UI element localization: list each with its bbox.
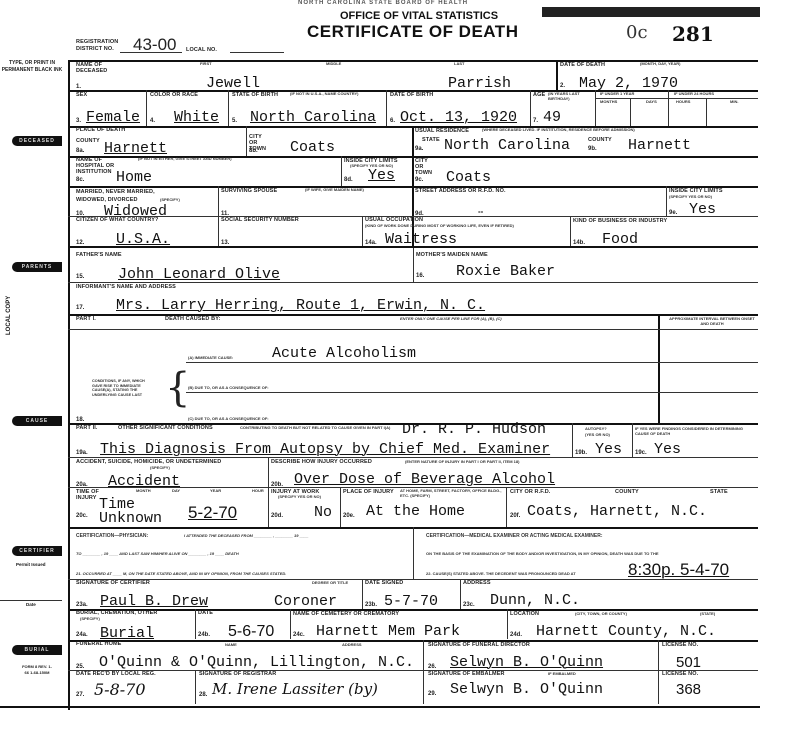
- divider: [507, 609, 508, 639]
- burial-method-note: (SPECIFY): [80, 617, 100, 622]
- certificate-prefix: 0c: [626, 22, 648, 43]
- citizen-label: CITIZEN OF WHAT COUNTRY?: [76, 217, 158, 223]
- at-work-value: No: [314, 505, 332, 521]
- funeral-home-label: FUNERAL HOME: [76, 641, 121, 647]
- hospital-note: (IF NOT IN EITHER, GIVE STREET AND NUMBE…: [138, 157, 232, 162]
- me-line1: ON THE BASIS OF THE EXAMINATION OF THE B…: [426, 552, 659, 557]
- item-16: 16.: [416, 273, 424, 279]
- divider: [556, 60, 558, 90]
- item-20f: 20f.: [510, 513, 520, 519]
- county-label: COUNTY: [76, 138, 100, 144]
- side-date-label: Date: [26, 602, 36, 607]
- embalmer-value: Selwyn B. O'Quinn: [450, 682, 603, 698]
- item-28: 28.: [199, 692, 207, 698]
- row-line: [596, 98, 758, 99]
- divider: [658, 640, 659, 704]
- registration-label: REGISTRATION: [76, 39, 118, 45]
- tab-cause: CAUSE: [12, 416, 62, 426]
- form-bottom-border: [0, 706, 760, 708]
- other-conditions-line2: This Diagnosis From Autopsy by Chief Med…: [100, 442, 550, 458]
- agency-line: NORTH CAROLINA STATE BOARD OF HEALTH: [298, 0, 468, 6]
- occupation-note: (KIND OF WORK DONE DURING MOST OF WORKIN…: [365, 224, 565, 229]
- age-label: AGE: [533, 92, 545, 98]
- marital-note: (SPECIFY): [160, 198, 180, 203]
- place-note: AT HOME, FARM, STREET, FACTORY, OFFICE B…: [400, 489, 504, 498]
- middle-label: MIDDLE: [326, 62, 341, 67]
- burial-location-note: (CITY, TOWN, OR COUNTY): [575, 612, 627, 617]
- director-license-label: LICENSE NO.: [662, 642, 698, 648]
- place-of-injury-label: PLACE OF INJURY: [343, 489, 394, 495]
- divider: [268, 457, 269, 527]
- other-note: CONTRIBUTING TO DEATH BUT NOT RELATED TO…: [240, 426, 390, 431]
- street-value: --: [478, 207, 483, 216]
- physician-line3: 21. OCCURRED AT ____ M, ON THE DATE STAT…: [76, 572, 286, 577]
- divider: [362, 579, 363, 609]
- divider: [595, 90, 596, 126]
- min-label: MIN.: [730, 100, 738, 105]
- embalmer-note: IF EMBALMED: [548, 672, 576, 677]
- other-conditions-line1: Dr. R. P. Hudson: [402, 422, 546, 438]
- sex-label: SEX: [76, 92, 87, 98]
- divider: [572, 423, 573, 457]
- item-6: 6.: [390, 118, 395, 124]
- district-label: DISTRICT NO.: [76, 46, 114, 52]
- item-24a: 24a.: [76, 632, 88, 638]
- page-title: CERTIFICATE OF DEATH: [307, 22, 518, 42]
- county-value: Harnett: [104, 141, 167, 157]
- age-note: (IN YEARS LAST BIRTHDAY): [548, 92, 592, 101]
- divider: [570, 216, 571, 246]
- tab-certifier: CERTIFIER: [12, 546, 62, 556]
- item-24b: 24b.: [198, 632, 210, 638]
- item-5: 5.: [232, 118, 237, 124]
- burial-date-value: 5-6-70: [228, 624, 274, 640]
- sex-value: Female: [86, 110, 140, 126]
- item-27: 27.: [76, 692, 84, 698]
- bracket-icon: {: [165, 368, 190, 408]
- burial-date-label: DATE: [198, 610, 213, 616]
- me-line2: 22. CAUSE(S) STATED ABOVE. THE DECEDENT …: [426, 572, 576, 577]
- time-value: Time Unknown: [99, 498, 169, 526]
- item-15: 15.: [76, 274, 84, 280]
- findings-value: Yes: [654, 442, 681, 458]
- dob-label: DATE OF BIRTH: [390, 92, 433, 98]
- burial-location-state: (STATE): [700, 612, 715, 617]
- autopsy-value: Yes: [595, 442, 622, 458]
- date-recd-label: DATE REC'D BY LOCAL REG.: [76, 671, 156, 677]
- item-9c: 9c.: [415, 177, 423, 183]
- race-label: COLOR OR RACE: [150, 92, 198, 98]
- residence-note: (WHERE DECEASED LIVED. IF INSTITUTION, R…: [482, 128, 635, 133]
- item-8c: 8c.: [76, 177, 84, 183]
- place-value: At the Home: [366, 504, 465, 520]
- divider: [666, 186, 667, 216]
- item-8d: 8d.: [344, 177, 353, 183]
- cemetery-label: NAME OF CEMETERY OR CREMATORY: [293, 611, 399, 617]
- divider: [246, 126, 247, 156]
- due-to-c-label: (c) DUE TO, OR AS A CONSEQUENCE OF:: [188, 417, 269, 422]
- item-8a: 8a.: [76, 148, 84, 154]
- dob-value: Oct. 13, 1920: [400, 110, 517, 126]
- row-line: [186, 362, 758, 363]
- local-no-label: LOCAL NO.: [186, 47, 217, 53]
- date-signed-label: DATE SIGNED: [365, 580, 403, 586]
- date-of-death-label: DATE OF DEATH: [560, 62, 605, 68]
- ssn-label: SOCIAL SECURITY NUMBER: [221, 217, 299, 223]
- row-line: [68, 457, 758, 458]
- findings-label: IF YES WERE FINDINGS CONSIDERED IN DETER…: [635, 427, 757, 436]
- part1-label: PART I.: [76, 316, 96, 322]
- age-value: 49: [543, 110, 561, 126]
- item-9a: 9a.: [415, 146, 423, 152]
- days-label: DAYS: [646, 100, 657, 105]
- res-inside-city-note: (SPECIFY YES OR NO): [669, 195, 712, 200]
- item-23a: 23a.: [76, 602, 88, 608]
- registrar-label: SIGNATURE OF REGISTRAR: [199, 671, 276, 677]
- embalmer-label: SIGNATURE OF EMBALMER: [428, 671, 505, 677]
- autopsy-label: AUTOPSY?: [585, 427, 607, 432]
- item-24c: 24c.: [293, 632, 305, 638]
- divider: [386, 90, 387, 126]
- local-copy-label: LOCAL COPY: [6, 296, 12, 335]
- funeral-home-value: O'Quinn & O'Quinn, Lillington, N.C.: [99, 655, 414, 671]
- time-col-day: DAY: [172, 489, 180, 494]
- time-col-month: MONTH: [136, 489, 151, 494]
- spouse-label: SURVIVING SPOUSE: [221, 188, 277, 194]
- immediate-label: (a) IMMEDIATE CAUSE:: [188, 356, 233, 361]
- name-label: NAME OF DECEASED: [76, 62, 116, 74]
- physician-cert-label: CERTIFICATION—PHYSICIAN:: [76, 534, 148, 539]
- father-label: FATHER'S NAME: [76, 252, 122, 258]
- injury-state-label: STATE: [710, 489, 728, 495]
- pronounced-value: 8:30p. 5-4-70: [628, 562, 729, 578]
- item-23b: 23b.: [365, 602, 377, 608]
- last-label: LAST: [454, 62, 464, 67]
- marital-label: MARRIED, NEVER MARRIED, WIDOWED, DIVORCE…: [76, 188, 171, 204]
- due-to-b-label: (b) DUE TO, OR AS A CONSEQUENCE OF:: [188, 386, 269, 391]
- part2-label: PART II.: [76, 425, 97, 431]
- interval-label: APPROXIMATE INTERVAL BETWEEN ONSET AND D…: [668, 317, 756, 326]
- degree-label: DEGREE OR TITLE: [312, 581, 348, 586]
- divider: [340, 487, 341, 527]
- certifier-address-label: ADDRESS: [463, 580, 491, 586]
- divider: [362, 216, 363, 246]
- physician-line2: TO ________ , 19 ____ AND LAST SAW HIM/H…: [76, 552, 239, 557]
- item-20c: 20c.: [76, 513, 88, 519]
- divider: [658, 314, 660, 424]
- signature-label: SIGNATURE OF CERTIFIER: [76, 580, 150, 586]
- place-of-death-label: PLACE OF DEATH: [76, 127, 125, 133]
- item-2: 2.: [560, 83, 565, 89]
- row-line: [68, 670, 758, 671]
- item-3: 3.: [76, 118, 81, 124]
- date-recd-value: 5-8-70: [94, 680, 146, 699]
- state-of-birth-label: STATE OF BIRTH: [232, 92, 278, 98]
- enter-note: ENTER ONLY ONE CAUSE PER LINE FOR (a), (…: [400, 317, 502, 322]
- registrar-signature: M. Irene Lassiter (by): [212, 680, 378, 698]
- hours-label: HOURS: [676, 100, 690, 105]
- item-24d: 24d.: [510, 632, 522, 638]
- director-value: Selwyn B. O'Quinn: [450, 655, 603, 671]
- funeral-home-name-label: NAME: [225, 643, 237, 648]
- ink-instruction: TYPE, OR PRINT IN PERMANENT BLACK INK: [0, 60, 64, 74]
- res-county-value: Harnett: [628, 138, 691, 154]
- res-state-label: STATE: [422, 137, 440, 143]
- time-col-year: YEAR: [210, 489, 221, 494]
- first-label: FIRST: [200, 62, 212, 67]
- under-24-hours-label: IF UNDER 24 HOURS: [674, 92, 714, 97]
- item-20e: 20e.: [343, 513, 355, 519]
- race-value: White: [174, 110, 219, 126]
- item-23c: 23c.: [463, 602, 475, 608]
- redaction-bar: [542, 7, 760, 17]
- certifier-address: Dunn, N.C.: [490, 593, 580, 609]
- street-label: STREET ADDRESS OR R.F.D. No.: [415, 188, 506, 194]
- director-label: SIGNATURE OF FUNERAL DIRECTOR: [428, 642, 530, 648]
- residence-label: USUAL RESIDENCE: [415, 128, 469, 134]
- conditions-note: CONDITIONS, IF ANY, WHICH GAVE RISE TO I…: [92, 379, 154, 397]
- cemetery-value: Harnett Mem Park: [316, 624, 460, 640]
- informant-label: INFORMANT'S NAME AND ADDRESS: [76, 284, 176, 290]
- item-8b: 8b.: [249, 148, 258, 154]
- office-title: OFFICE OF VITAL STATISTICS: [340, 10, 498, 22]
- how-label: DESCRIBE HOW INJURY OCCURRED: [271, 459, 372, 465]
- death-caused-by-label: DEATH CAUSED BY:: [165, 316, 220, 322]
- item-20d: 20d.: [271, 513, 283, 519]
- burial-location-label: LOCATION: [510, 611, 539, 617]
- res-city-value: Coats: [446, 170, 491, 186]
- form-info: FORM 8 REV. 1-66 1-68-150M: [20, 664, 54, 676]
- how-note: (ENTER NATURE OF INJURY IN PART I OR PAR…: [405, 460, 519, 465]
- injury-location-value: Coats, Harnett, N.C.: [527, 504, 707, 520]
- item-7: 7.: [533, 118, 538, 124]
- mother-value: Roxie Baker: [456, 264, 555, 280]
- immediate-cause: Acute Alcoholism: [272, 346, 416, 362]
- other-conditions-label: OTHER SIGNIFICANT CONDITIONS: [118, 425, 213, 431]
- divider: [460, 579, 461, 609]
- mother-label: MOTHER'S MAIDEN NAME: [416, 252, 488, 258]
- funeral-home-address-label: ADDRESS: [342, 643, 362, 648]
- row-line: [68, 282, 758, 283]
- injury-date-value: 5-2-70: [188, 505, 237, 521]
- under-1-year-label: IF UNDER 1 YEAR: [600, 92, 634, 97]
- row-line: [68, 640, 758, 642]
- city-value: Coats: [290, 140, 335, 156]
- certifier-signature: Paul B. Drew: [100, 594, 208, 610]
- divider: [413, 527, 414, 579]
- res-city-label: CITY OR TOWN: [415, 158, 437, 176]
- divider: [341, 156, 342, 186]
- divider: [146, 90, 147, 126]
- divider: [530, 90, 531, 126]
- date-format-label: (MONTH, DAY, YEAR): [640, 62, 680, 67]
- item-4: 4.: [150, 118, 155, 124]
- row-line: [186, 392, 758, 393]
- me-cert-label: CERTIFICATION—MEDICAL EXAMINER OR ACTING…: [426, 534, 602, 539]
- business-label: KIND OF BUSINESS OR INDUSTRY: [573, 218, 667, 224]
- time-col-hour: HOUR: [252, 489, 264, 494]
- row-line: [68, 329, 758, 330]
- injury-city-label: CITY OR R.F.D.: [510, 489, 550, 495]
- divider: [668, 90, 669, 126]
- item-9b: 9b.: [588, 146, 597, 152]
- father-value: John Leonard Olive: [118, 267, 280, 283]
- divider: [506, 487, 507, 527]
- row-line: [68, 186, 758, 188]
- at-work-note: (SPECIFY YES OR NO): [278, 495, 321, 500]
- manner-note: (SPECIFY): [150, 466, 170, 471]
- how-value: Over Dose of Beverage Alcohol: [294, 472, 555, 488]
- burial-location-value: Harnett County, N.C.: [536, 624, 716, 640]
- item-19c: 19c.: [635, 450, 647, 456]
- divider: [413, 248, 414, 282]
- tab-deceased: DECEASED: [12, 136, 62, 146]
- divider: [632, 423, 633, 457]
- state-of-birth-value: North Carolina: [250, 110, 376, 126]
- months-label: MONTHS: [600, 100, 617, 105]
- tab-parents: PARENTS: [12, 262, 62, 272]
- res-county-label: COUNTY: [588, 137, 612, 143]
- row-line: [68, 579, 758, 580]
- item-17: 17.: [76, 305, 84, 311]
- divider: [630, 98, 631, 126]
- local-no-underline: [230, 52, 284, 53]
- item-19a: 19a.: [76, 450, 88, 456]
- date-signed-value: 5-7-70: [384, 594, 438, 610]
- divider: [706, 98, 707, 126]
- certifier-title: Coroner: [274, 594, 337, 610]
- physician-line1: I ATTENDED THE DECEASED FROM ________ , …: [184, 534, 309, 539]
- director-license-value: 501: [676, 655, 701, 671]
- row-line: [68, 609, 758, 611]
- embalmer-license-label: LICENSE NO.: [662, 671, 698, 677]
- res-state-value: North Carolina: [444, 138, 570, 154]
- side-date-line: [0, 600, 62, 601]
- spouse-note: (IF WIFE, GIVE MAIDEN NAME): [305, 188, 364, 193]
- hospital-value: Home: [116, 170, 152, 186]
- state-of-birth-note: (IF NOT IN U.S.A., NAME COUNTRY): [290, 92, 366, 97]
- certificate-number: 281: [672, 22, 714, 46]
- divider: [423, 640, 424, 704]
- divider: [228, 90, 229, 126]
- manner-label: ACCIDENT, SUICIDE, HOMICIDE, OR UNDETERM…: [76, 459, 221, 465]
- item-19b: 19b.: [575, 450, 587, 456]
- autopsy-note: (YES OR NO): [585, 433, 610, 438]
- embalmer-license-value: 368: [676, 682, 701, 698]
- divider: [290, 609, 291, 639]
- divider: [195, 670, 196, 704]
- tab-burial: BURIAL: [12, 645, 62, 655]
- form-left-border: [68, 60, 70, 710]
- item-29: 29.: [428, 691, 436, 697]
- injury-county-label: COUNTY: [615, 489, 639, 495]
- divider: [195, 609, 196, 639]
- inside-city-value: Yes: [368, 168, 395, 184]
- informant-value: Mrs. Larry Herring, Route 1, Erwin, N. C…: [116, 298, 485, 314]
- district-underline: [120, 52, 182, 53]
- permit-issued-label: Permit Issued: [16, 562, 46, 567]
